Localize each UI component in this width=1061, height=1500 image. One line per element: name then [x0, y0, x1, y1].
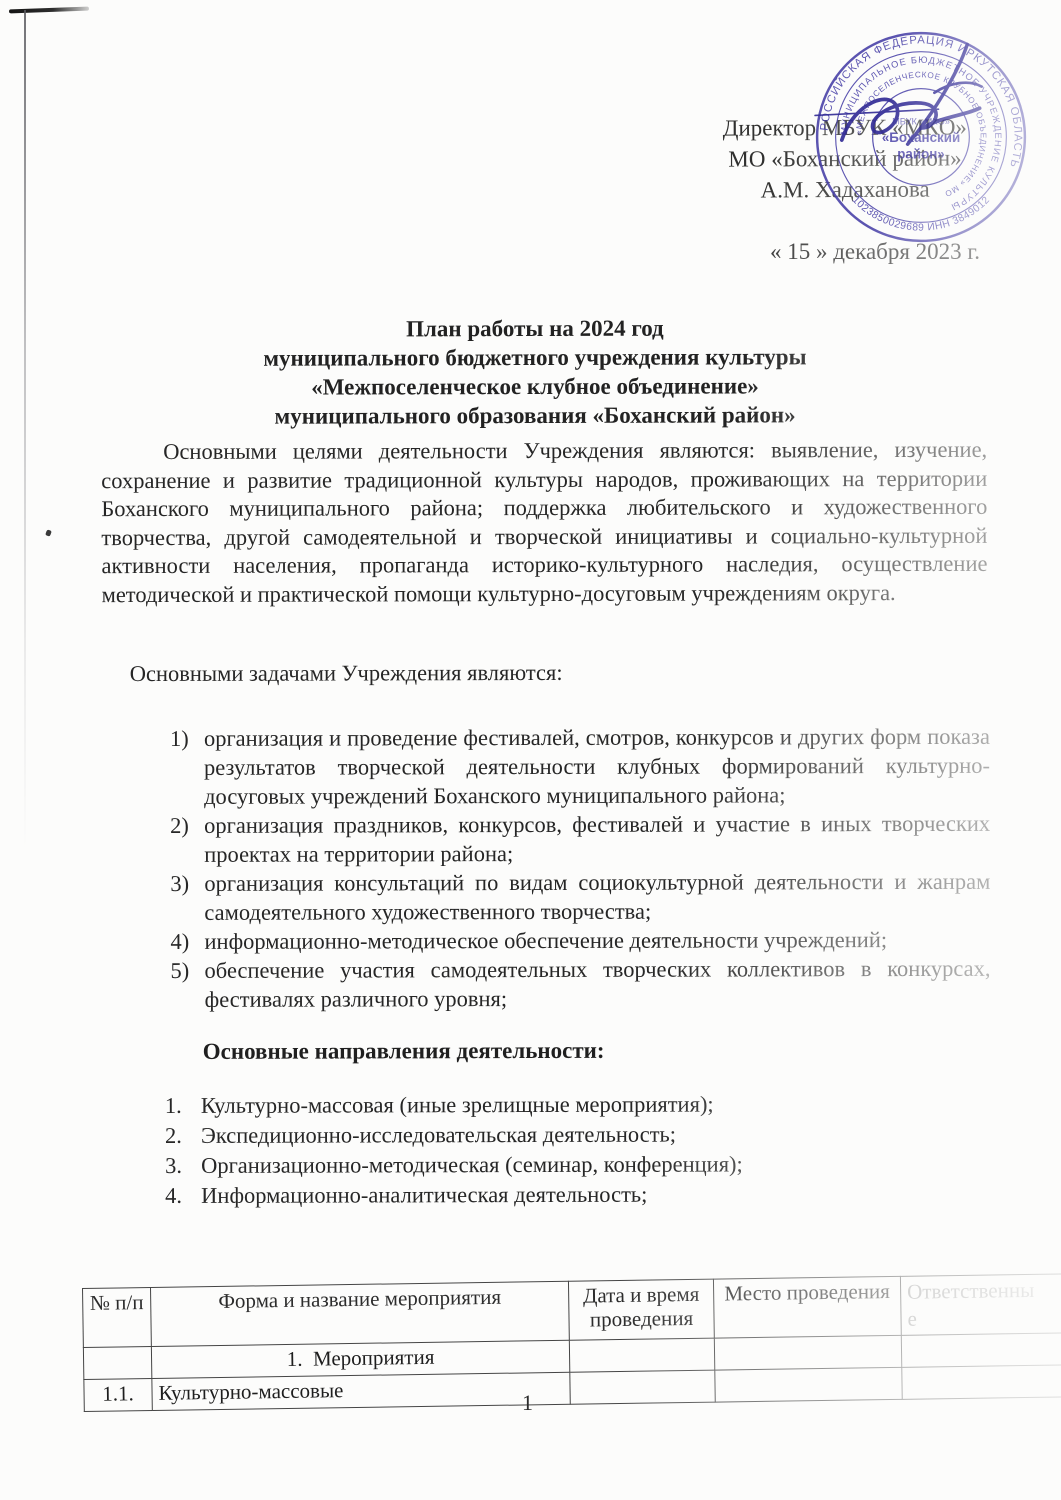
direction-number: 1. [165, 1091, 201, 1121]
row-name: Культурно-массовые [152, 1372, 570, 1410]
tasks-intro: Основными задачами Учреждения являются: [130, 660, 563, 687]
direction-text: Организационно-методическая (семинар, ко… [201, 1149, 963, 1181]
direction-number: 4. [165, 1181, 201, 1211]
task-text: организация и проведение фестивалей, смо… [204, 722, 990, 811]
row-responsible [902, 1365, 1061, 1400]
task-number: 4) [170, 927, 204, 956]
direction-item: 2.Экспедиционно-исследовательская деятел… [103, 1119, 963, 1151]
task-item: 4)информационно-методическое обеспечение… [102, 925, 990, 956]
task-number: 2) [170, 811, 204, 869]
task-item: 2)организация праздников, конкурсов, фес… [102, 809, 990, 869]
document-page: Директор МБУК «МКО» МО «Боханский район»… [0, 0, 1061, 1500]
title-line-3: «Межпоселенческое клубное объединение» [101, 371, 969, 402]
task-text: организация праздников, конкурсов, фести… [204, 809, 990, 869]
direction-item: 1.Культурно-массовая (иные зрелищные мер… [103, 1089, 963, 1121]
directions-heading: Основные направления деятельности: [203, 1038, 605, 1065]
title-line-2: муниципального бюджетного учреждения кул… [101, 342, 969, 373]
direction-number: 3. [165, 1151, 201, 1181]
stamp-center-district-1: «Боханский [882, 130, 960, 145]
stamp-center-district-2: район» [897, 147, 944, 162]
directions-list: 1.Культурно-массовая (иные зрелищные мер… [103, 1089, 963, 1211]
col-header-event: Форма и название мероприятия [150, 1281, 569, 1346]
title-line-4: муниципального образования «Боханский ра… [101, 400, 969, 431]
task-text: обеспечение участия самодеятельных творч… [205, 954, 991, 1014]
events-table: № п/п Форма и название мероприятия Дата … [82, 1273, 1061, 1412]
page-number: 1 [522, 1390, 533, 1416]
task-item: 1)организация и проведение фестивалей, с… [102, 722, 990, 811]
direction-text: Экспедиционно-исследовательская деятельн… [201, 1119, 963, 1151]
title-line-1: План работы на 2024 год [101, 313, 969, 344]
task-text: информационно-методическое обеспечение д… [204, 925, 990, 956]
col-header-datetime: Дата и время проведения [568, 1279, 714, 1340]
direction-text: Культурно-массовая (иные зрелищные мероп… [201, 1089, 963, 1121]
task-item: 5)обеспечение участия самодеятельных тво… [103, 954, 991, 1014]
direction-item: 4.Информационно-аналитическая деятельнос… [103, 1179, 963, 1211]
task-item: 3)организация консультаций по видам соци… [102, 867, 990, 927]
row-place [715, 1367, 902, 1402]
task-number: 5) [171, 956, 205, 1014]
document-title: План работы на 2024 год муниципального б… [101, 313, 969, 431]
direction-item: 3.Организационно-методическая (семинар, … [103, 1149, 963, 1181]
col-header-number: № п/п [83, 1287, 152, 1347]
direction-number: 2. [165, 1121, 201, 1151]
tasks-list: 1)организация и проведение фестивалей, с… [102, 722, 991, 1014]
col-header-place: Место проведения [713, 1276, 901, 1338]
row-date [570, 1370, 715, 1404]
direction-text: Информационно-аналитическая деятельность… [201, 1179, 963, 1211]
task-number: 1) [170, 724, 204, 811]
task-text: организация консультаций по видам социок… [204, 867, 990, 927]
task-number: 3) [170, 869, 204, 927]
goals-paragraph: Основными целями деятельности Учреждения… [101, 436, 987, 610]
row-number: 1.1. [84, 1378, 152, 1411]
official-stamp: РОССИЙСКАЯ ФЕДЕРАЦИЯ ИРКУТСКАЯ ОБЛАСТЬ 1… [813, 29, 1029, 245]
col-header-responsible: Ответственные [900, 1274, 1061, 1336]
